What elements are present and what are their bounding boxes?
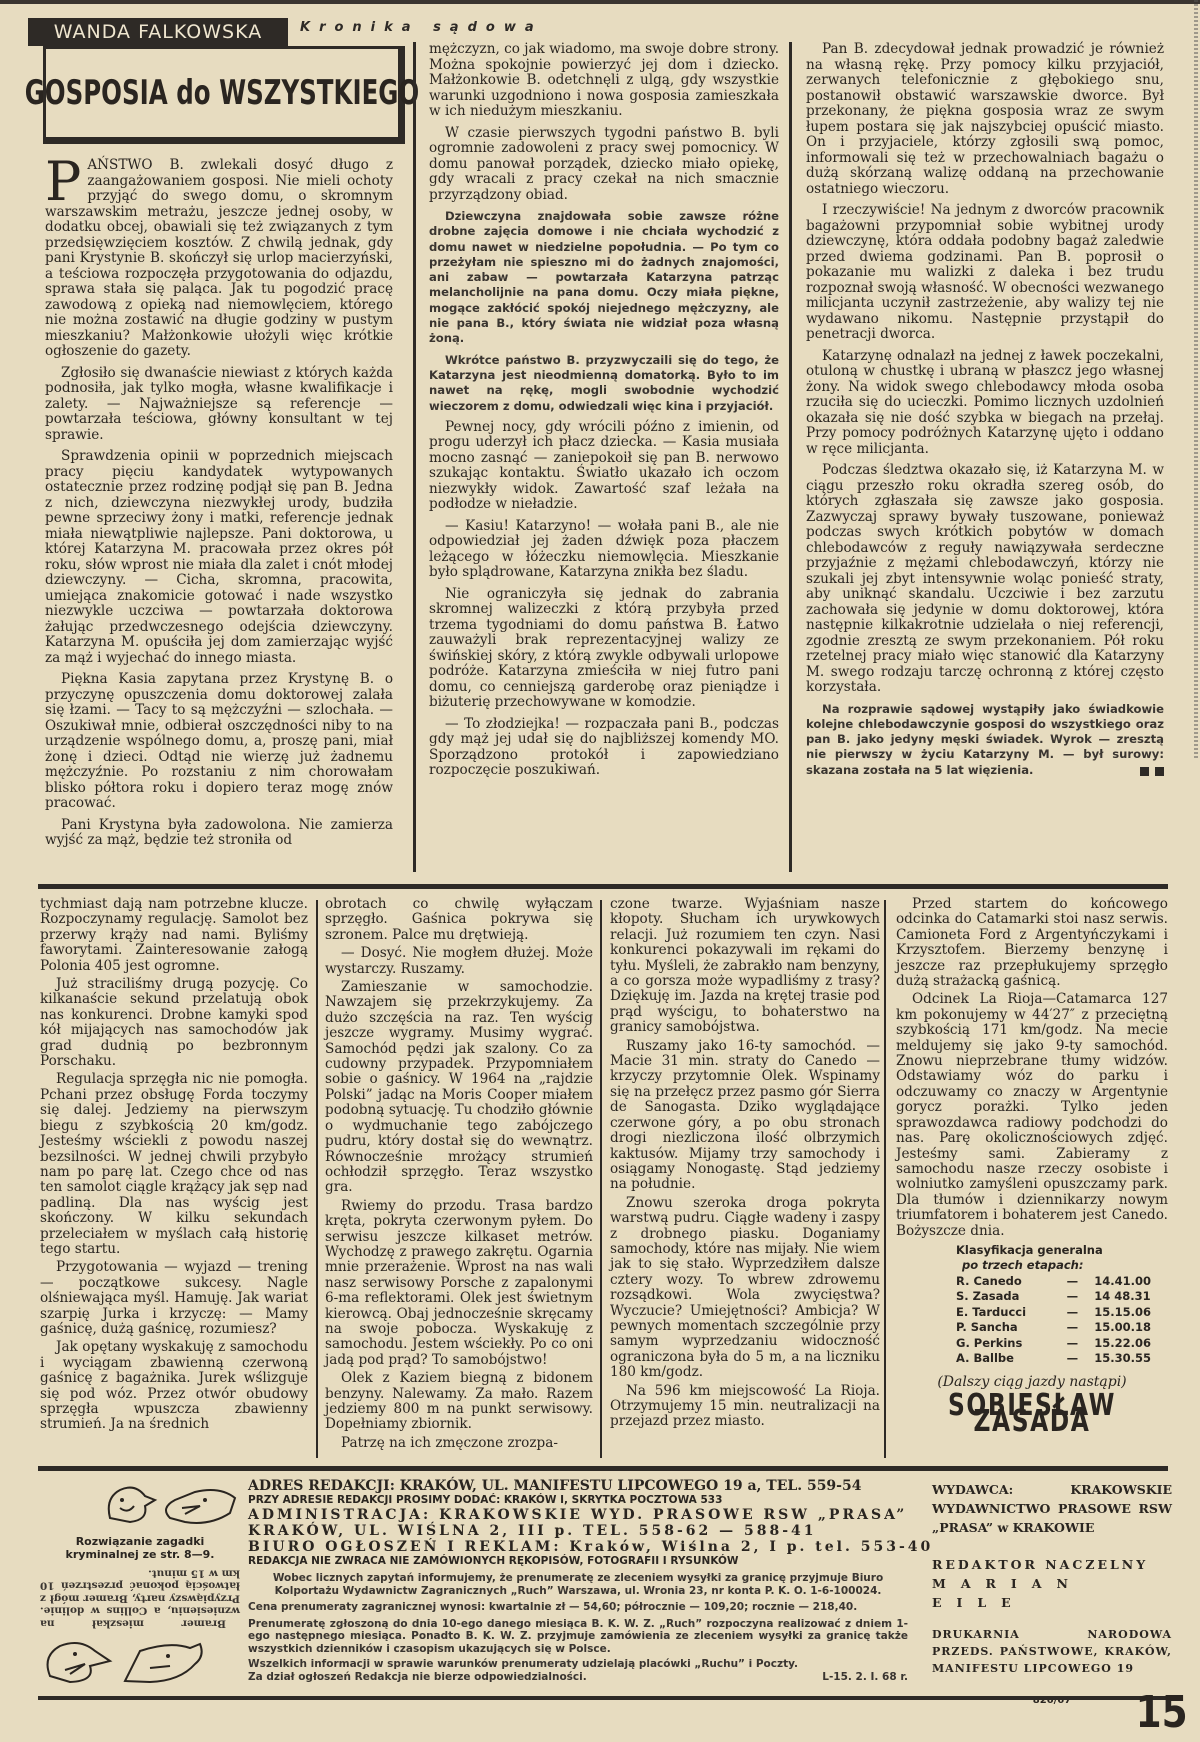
standings-row: S. Zasada—14 48.31 [956,1289,1168,1305]
column-divider [789,42,792,872]
address-line: PRZY ADRESIE REDAKCJI PROSIMY DODAĆ: KRA… [248,1494,908,1507]
paragraph: — Kasiu! Katarzyno! — wołała pani B., al… [429,519,779,581]
paragraph: Pewnej nocy, gdy wrócili późno z imienin… [429,420,779,513]
paragraph: Już straciliśmy drugą pozycję. Co kilkan… [40,977,308,1069]
paragraph: Katarzynę odnalazł na jednej z ławek poc… [806,349,1164,458]
subscription-terms: Prenumeratę zgłoszoną do dnia 10-ego dan… [248,1618,908,1656]
paragraph: Znowu szeroka droga pokryta warstwą pudr… [610,1196,880,1381]
drop-cap: P [45,160,81,204]
address-line: KRAKÓW, UL. WIŚLNA 2, III p. TEL. 558-62… [248,1523,908,1539]
paragraph: I rzeczywiście! Na jednym z dworców prac… [806,203,1164,343]
driver-name: S. Zasada [956,1289,1067,1305]
end-of-article-marks [1118,765,1164,780]
paragraph: czone twarze. Wyjaśniam nasze kłopoty. S… [610,897,880,1036]
footer-divider [38,1466,1168,1471]
standings-row: R. Canedo—14.41.00 [956,1274,1168,1290]
subscription-note: Wobec licznych zapytań informujemy, że p… [248,1572,908,1597]
column-divider [413,42,416,872]
end-square-icon [1155,767,1164,776]
end-square-icon [1140,767,1149,776]
standings-row: P. Sancha—15.00.18 [956,1320,1168,1336]
paragraph: Ruszamy jako 16-ty samochód. — Macie 31 … [610,1039,880,1193]
editor-name: MARIAN EILE [932,1574,1172,1612]
driver-time: 15.00.18 [1094,1320,1168,1336]
dash-separator: — [1067,1305,1095,1321]
paragraph: Pani Krystyna była zadowolona. Nie zamie… [45,818,393,849]
puzzle-title: Rozwiązanie zagadki kryminalnej ze str. … [40,1535,240,1561]
editor-label: REDAKTOR NACZELNY [932,1555,1172,1574]
paragraph: Odcinek La Rioja—Catamarca 127 km pokonu… [896,992,1168,1239]
author-banner: WANDA FALKOWSKA [28,18,288,46]
paragraph: Podczas śledztwa okazało się, iż Katarzy… [806,463,1164,696]
driver-name: G. Perkins [956,1336,1067,1352]
driver-time: 14.41.00 [1094,1274,1168,1290]
standings-row: G. Perkins—15.22.06 [956,1336,1168,1352]
article-title: GOSPOSIA do WSZYSTKIEGO [25,73,420,113]
paragraph: Pan B. zdecydował jednak prowadzić je ró… [806,42,1164,197]
bottom-rule [38,1696,1168,1700]
paragraph: Sprawdzenia opinii w poprzednich miejsca… [45,449,393,666]
driver-name: R. Canedo [956,1274,1067,1290]
driver-name: P. Sancha [956,1320,1067,1336]
subscription-info: Wszelkich informacji w sprawie warunków … [248,1658,908,1671]
author-byline: SOBIESŁAW ZASADA [926,1398,1138,1429]
standings-row: A. Ballbe—15.30.55 [956,1351,1168,1367]
paragraph: Wkrótce państwo B. przyzwyczaili się do … [429,353,779,414]
paragraph: W czasie pierwszych tygodni państwo B. b… [429,126,779,204]
disclaimer-row: Za dział ogłoszeń Redakcja nie bierze od… [248,1671,908,1684]
dash-separator: — [1067,1351,1095,1367]
paragraph: Przed startem do końcowego odcinka do Ca… [896,897,1168,989]
address-line: ADMINISTRACJA: KRAKOWSKIE WYD. PRASOWE R… [248,1507,908,1523]
paragraph: Olek z Kaziem biegną z bidonem benzyny. … [325,1371,593,1433]
standings-subheading: po trzech etapach: [956,1258,1168,1274]
issue-code: L-15. 2. I. 68 r. [822,1671,908,1684]
driver-time: 15.30.55 [1094,1351,1168,1367]
puzzle-solution-box: Rozwiązanie zagadki kryminalnej ze str. … [40,1478,240,1689]
ads-disclaimer: Za dział ogłoszeń Redakcja nie bierze od… [248,1671,587,1684]
driver-name: E. Tarducci [956,1305,1067,1321]
page-number: 15 [1135,1687,1187,1738]
standings-heading: Klasyfikacja generalna [956,1243,1168,1259]
cartoon-faces-icon [40,1636,240,1686]
subscription-price: Cena prenumeraty zagranicznej wynosi: kw… [248,1601,908,1614]
article2-column-1: tychmiast dają nam potrzebne klucze. Roz… [40,897,308,1436]
address-line: BIURO OGŁOSZEŃ I REKLAM: Kraków, Wiślna … [248,1539,908,1555]
paragraph: Regulacja sprzęgła nic nie pomogła. Pcha… [40,1072,308,1257]
address-line: ADRES REDAKCJI: KRAKÓW, UL. MANIFESTU LI… [248,1478,908,1494]
article2-column-3: czone twarze. Wyjaśniam nasze kłopoty. S… [610,897,880,1433]
article1-column-1: PAŃSTWO B. zwlekali dosyć długo z zaanga… [45,158,393,855]
top-border [0,0,1200,4]
dash-separator: — [1067,1274,1095,1290]
editorial-address-block: ADRES REDAKCJI: KRAKÓW, UL. MANIFESTU LI… [248,1478,908,1683]
paragraph: tychmiast dają nam potrzebne klucze. Roz… [40,897,308,974]
paragraph: Jak opętany wyskakuję z samochodu i wyci… [40,1340,308,1432]
paragraph: Rwiemy do przodu. Trasa bardzo kręta, po… [325,1199,593,1368]
paragraph: Na 596 km miejscowość La Rioja. Otrzymuj… [610,1384,880,1430]
publisher: WYDAWCA: KRAKOWSKIE WYDAWNICTWO PRASOWE … [932,1480,1172,1537]
puzzle-solution-upside-down: Bramer mieszkał na wzniesieniu, a Collin… [40,1567,240,1630]
page-edge-perforation [1194,0,1198,760]
paragraph: — To złodziejka! — rozpaczała pani B., p… [429,717,779,779]
dash-separator: — [1067,1336,1095,1352]
editor-in-chief: REDAKTOR NACZELNY MARIAN EILE [932,1555,1172,1612]
driver-time: 14 48.31 [1094,1289,1168,1305]
paragraph: Dziewczyna znajdowała sobie zawsze różne… [429,209,779,347]
dash-separator: — [1067,1289,1095,1305]
address-line: REDAKCJA NIE ZWRACA NIE ZAMÓWIONYCH RĘKO… [248,1555,908,1568]
article2-column-4: Przed startem do końcowego odcinka do Ca… [896,897,1168,1429]
column-divider [316,900,318,1458]
article1-column-2: mężczyzn, co jak wiadomo, ma swoje dobre… [429,42,779,785]
verdict-paragraph: Na rozprawie sądowej wystąpiły jako świa… [806,702,1164,778]
paragraph: — Dosyć. Nie mogłem dłużej. Może wystarc… [325,946,593,977]
article1-column-3: Pan B. zdecydował jednak prowadzić je ró… [806,42,1164,784]
column-divider [884,900,886,1458]
paragraph: Nie ograniczyła się jednak do zabrania s… [429,587,779,711]
paragraph: Piękna Kasia zapytana przez Krystynę B. … [45,672,393,812]
column-divider [600,900,602,1458]
driver-time: 15.15.06 [1094,1305,1168,1321]
printer: DRUKARNIA NARODOWA PRZEDS. PAŃSTWOWE, KR… [932,1626,1172,1677]
driver-time: 15.22.06 [1094,1336,1168,1352]
section-rubric: Kronika sądowa [300,20,543,35]
paragraph: mężczyzn, co jak wiadomo, ma swoje dobre… [429,42,779,120]
standings-table: Klasyfikacja generalna po trzech etapach… [956,1243,1168,1367]
article-title-box: GOSPOSIA do WSZYSTKIEGO [43,46,405,144]
paragraph: Przygotowania — wyjazd — trening — począ… [40,1260,308,1337]
paragraph: obrotach co chwilę wyłączam sprzęgło. Ga… [325,897,593,943]
article2-column-2: obrotach co chwilę wyłączam sprzęgło. Ga… [325,897,593,1454]
standings-row: E. Tarducci—15.15.06 [956,1305,1168,1321]
publisher-block: WYDAWCA: KRAKOWSKIE WYDAWNICTWO PRASOWE … [932,1480,1172,1706]
paragraph: Zgłosiło się dwanaście niewiast z któryc… [45,366,393,444]
driver-name: A. Ballbe [956,1351,1067,1367]
paragraph: Patrzę na ich zmęczone zrozpa- [325,1436,593,1451]
dash-separator: — [1067,1320,1095,1336]
magazine-page: WANDA FALKOWSKA Kronika sądowa GOSPOSIA … [0,0,1200,1742]
lead-paragraph: PAŃSTWO B. zwlekali dosyć długo z zaanga… [45,158,393,360]
paragraph: Zamieszanie w samochodzie. Nawzajem się … [325,980,593,1196]
cartoon-faces-icon [40,1478,240,1528]
section-divider [38,884,1168,889]
